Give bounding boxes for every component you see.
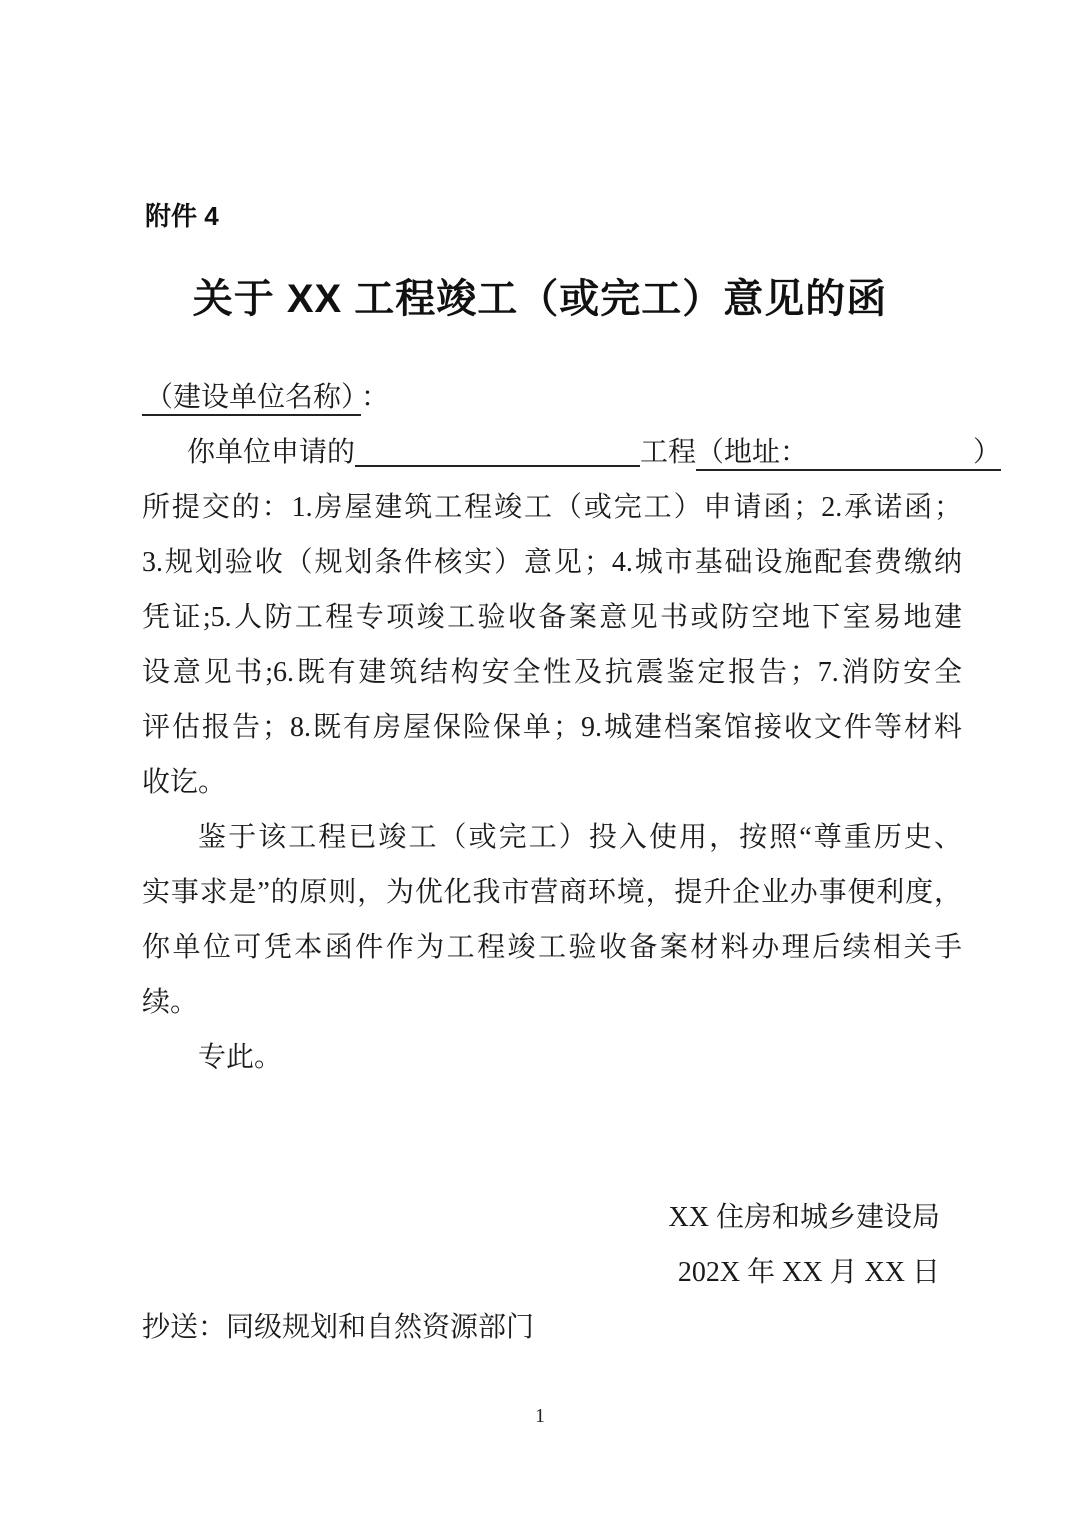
project-name-blank bbox=[355, 465, 640, 467]
signature-org: XX 住房和城乡建设局 bbox=[142, 1190, 940, 1245]
page-number: 1 bbox=[0, 1405, 1080, 1428]
request-prefix: 你单位申请的 bbox=[187, 437, 355, 468]
signature-date: 202X 年 XX 月 XX 日 bbox=[142, 1245, 940, 1300]
signature-block: XX 住房和城乡建设局 202X 年 XX 月 XX 日 抄送：同级规划和自然资… bbox=[142, 1190, 962, 1355]
org-name-blank: （建设单位名称） bbox=[142, 382, 361, 416]
body-line: 所提交的：1.房屋建筑工程竣工（或完工）申请函；2.承诺函； bbox=[142, 480, 962, 535]
document-page: { "doc": { "attachment_label": "附件 4", "… bbox=[0, 0, 1080, 1527]
body-line: 凭证;5.人防工程专项竣工验收备案意见书或防空地下室易地建 bbox=[142, 590, 962, 645]
address-underlined-group: （地址：） bbox=[696, 437, 1001, 471]
salutation-line: （建设单位名称）： bbox=[142, 370, 962, 425]
cc-line: 抄送：同级规划和自然资源部门 bbox=[142, 1300, 940, 1355]
body-line: 续。 bbox=[142, 975, 962, 1030]
body-line: 实事求是”的原则，为优化我市营商环境，提升企业办事便利度， bbox=[142, 865, 962, 920]
request-fill-line: 你单位申请的工程（地址：） bbox=[142, 425, 962, 480]
body-line: 收讫。 bbox=[142, 755, 962, 810]
body-line: 专此。 bbox=[142, 1030, 962, 1085]
body-line: 设意见书;6.既有建筑结构安全性及抗震鉴定报告；7.消防安全 bbox=[142, 645, 962, 700]
salutation-colon: ： bbox=[361, 382, 389, 413]
body-line: 鉴于该工程已竣工（或完工）投入使用，按照“尊重历史、 bbox=[142, 810, 962, 865]
request-middle: 工程 bbox=[640, 437, 696, 468]
document-title: 关于 XX 工程竣工（或完工）意见的函 bbox=[0, 267, 1080, 324]
body-line: 你单位可凭本函件作为工程竣工验收备案材料办理后续相关手 bbox=[142, 920, 962, 975]
body-line: 3.规划验收（规划条件核实）意见；4.城市基础设施配套费缴纳 bbox=[142, 535, 962, 590]
document-body: （建设单位名称）： 你单位申请的工程（地址：） 所提交的：1.房屋建筑工程竣工（… bbox=[142, 370, 962, 1355]
body-line: 评估报告；8.既有房屋保险保单；9.城建档案馆接收文件等材料 bbox=[142, 700, 962, 755]
address-open-label: （地址： bbox=[696, 437, 808, 468]
address-close-paren: ） bbox=[973, 437, 1001, 468]
attachment-label: 附件 4 bbox=[145, 196, 219, 233]
